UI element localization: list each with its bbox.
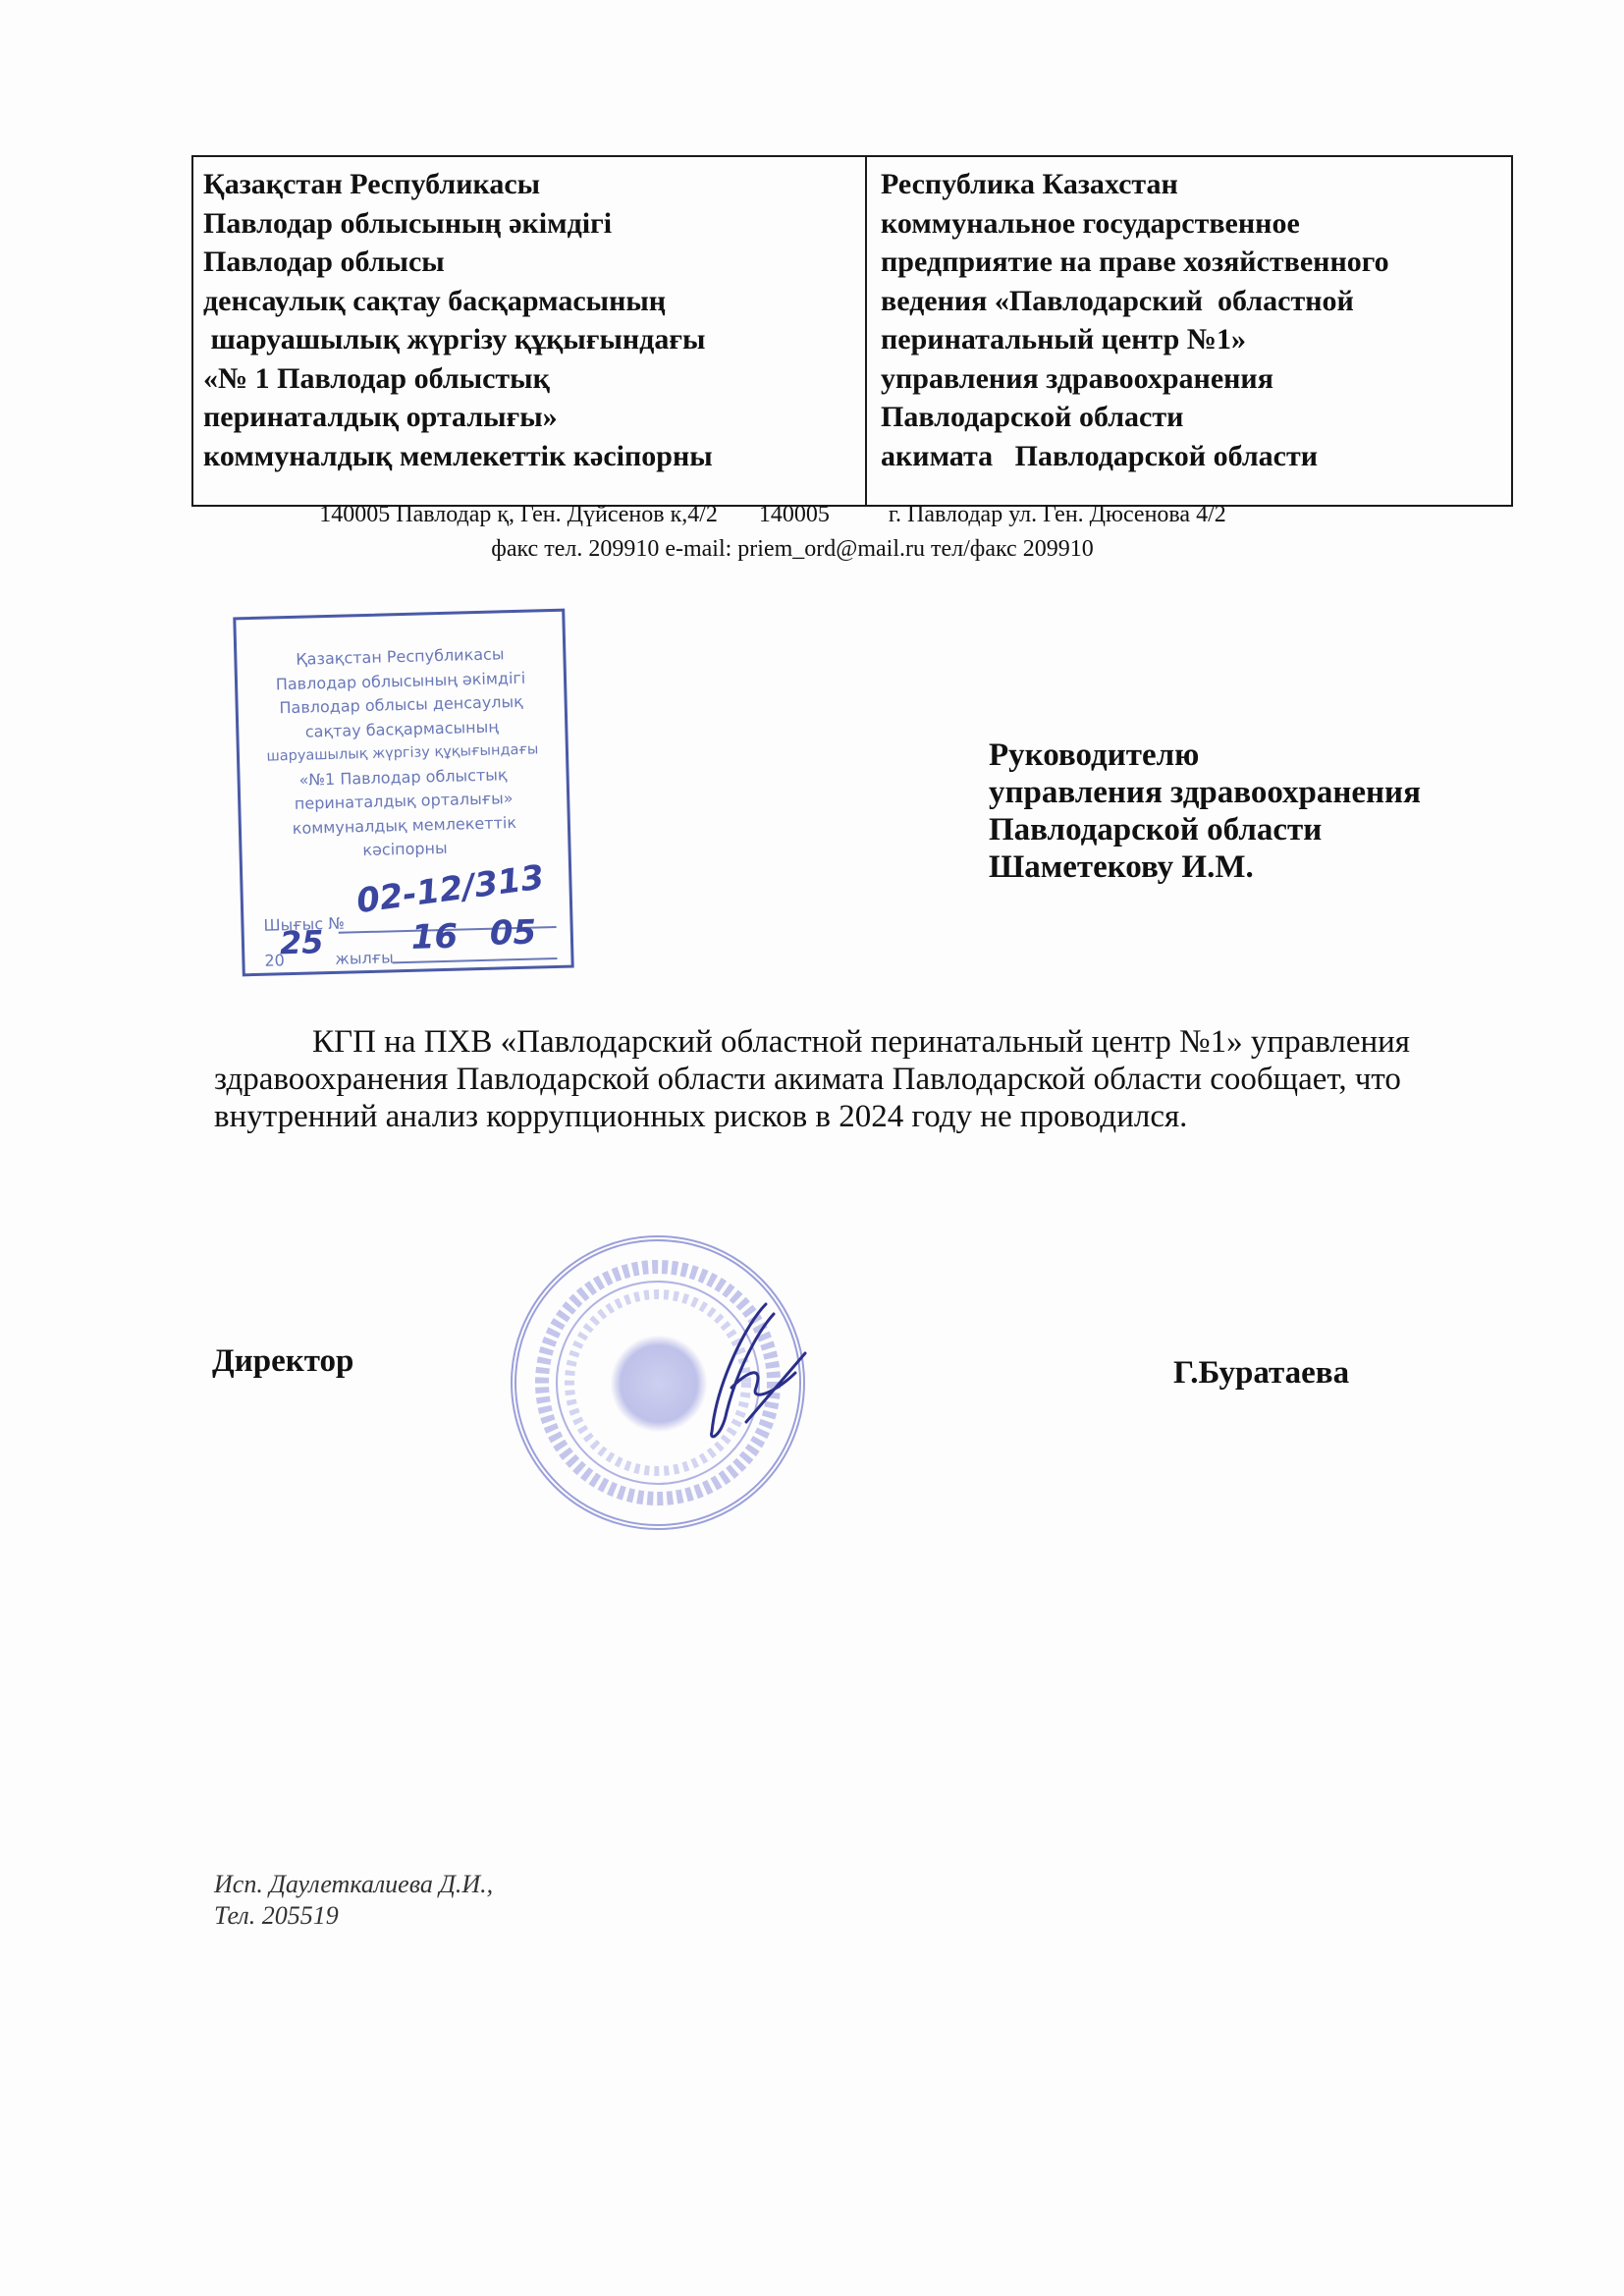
letterhead-line: управления здравоохранения [881,359,1501,399]
recipient-line: Павлодарской области [989,811,1421,848]
contact-line: факс тел. 209910 e-mail: priem_ord@mail.… [0,535,1604,563]
recipient-line: управления здравоохранения [989,774,1421,811]
recipient-line: Шаметекову И.М. [989,848,1421,886]
letterhead-line: ведения «Павлодарский областной [881,282,1501,321]
address-line: 140005 Павлодар қ, Ген. Дүйсенов к,4/2 1… [0,501,1585,528]
signatory-name: Г.Буратаева [1173,1355,1349,1392]
year-handwritten: 25 [280,930,324,956]
stamp-day: 16 [411,925,459,951]
letterhead-kazakh: Қазақстан Республикасы Павлодар облысыны… [193,157,867,505]
letterhead-table: Қазақстан Республикасы Павлодар облысыны… [191,155,1513,507]
letterhead-line: Қазақстан Республикасы [203,165,855,204]
year-label: жылғы [335,946,394,971]
letterhead-line: шаруашылық жүргізу құқығындағы [203,320,855,359]
recipient-block: Руководителю управления здравоохранения … [989,737,1421,886]
letterhead-line: Республика Казахстан [881,165,1501,204]
letterhead-line: коммуналдық мемлекеттік кәсіпорны [203,437,855,476]
letterhead-russian: Республика Казахстан коммунальное госуда… [867,157,1511,505]
stamp-month: 05 [489,921,536,947]
outgoing-number: 02-12/313 [355,865,546,913]
recipient-line: Руководителю [989,737,1421,774]
body-paragraph: КГП на ПХВ «Павлодарский областной перин… [214,1024,1410,1134]
executor-block: Исп. Даулеткалиева Д.И., Тел. 205519 [214,1869,493,1932]
handwritten-signature-icon [687,1294,825,1451]
registration-stamp: Қазақстан Республикасы Павлодар облысыны… [233,609,573,977]
letterhead-line: Павлодар облысының әкімдігі [203,204,855,244]
letterhead-line: Павлодарской области [881,398,1501,437]
letterhead-line: перинатальный центр №1» [881,320,1501,359]
letterhead-line: «№ 1 Павлодар облыстық [203,359,855,399]
executor-name: Исп. Даулеткалиева Д.И., [214,1869,493,1900]
signatory-title: Директор [212,1343,353,1380]
letterhead-line: предприятие на праве хозяйственного [881,243,1501,282]
letterhead-line: акимата Павлодарской области [881,437,1501,476]
letterhead-line: денсаулық сақтау басқармасының [203,282,855,321]
executor-phone: Тел. 205519 [214,1900,493,1932]
letterhead-line: коммунальное государственное [881,204,1501,244]
letterhead-line: перинаталдық орталығы» [203,398,855,437]
letter-body: КГП на ПХВ «Павлодарский областной перин… [214,1023,1481,1135]
letterhead-line: Павлодар облысы [203,243,855,282]
underline [393,957,558,963]
